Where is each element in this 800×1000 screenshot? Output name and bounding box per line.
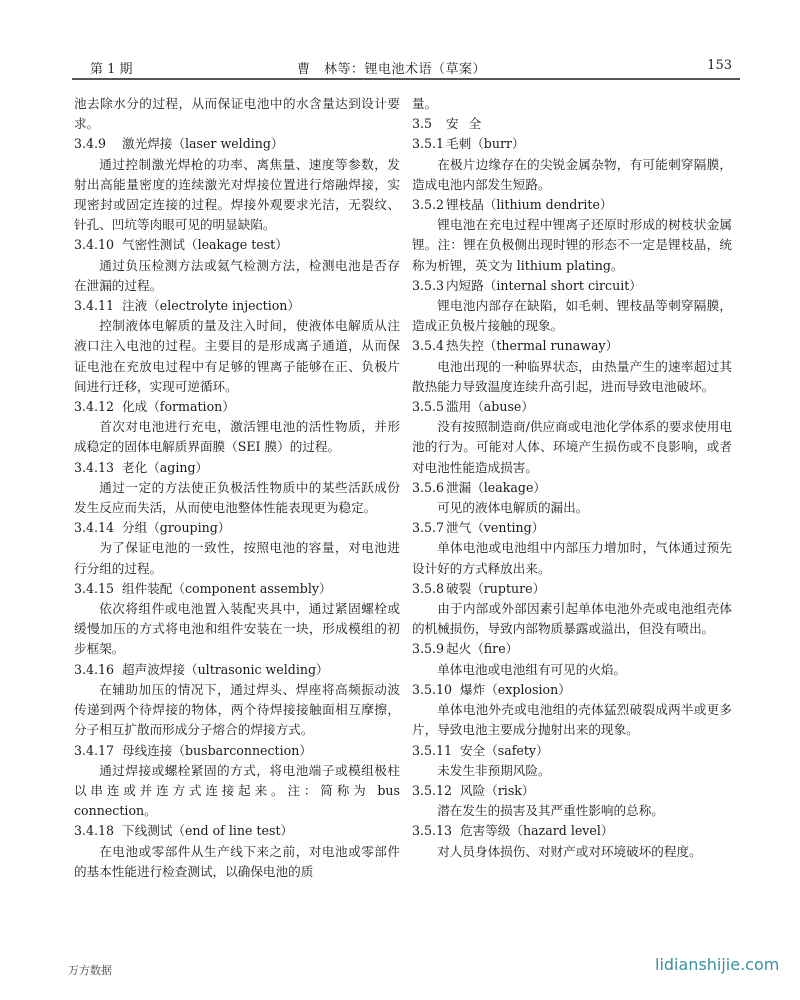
term-number: 3.5.3 bbox=[412, 276, 446, 296]
term-definition: 首次对电池进行充电，激活锂电池的活性物质，并形成稳定的固体电解质界面膜（SEI … bbox=[74, 417, 400, 457]
term-name: 内短路（internal short circuit） bbox=[446, 278, 642, 293]
term-heading: 3.5.1毛刺（burr） bbox=[412, 134, 732, 154]
term-name: 毛刺（burr） bbox=[446, 136, 525, 151]
term-definition: 单体电池或电池组有可见的火焰。 bbox=[412, 660, 732, 680]
term-heading: 3.4.9激光焊接（laser welding） bbox=[74, 134, 400, 154]
term-number: 3.4.10 bbox=[74, 235, 122, 255]
term-name: 爆炸（explosion） bbox=[460, 682, 571, 697]
term-number: 3.5.9 bbox=[412, 639, 446, 659]
term-number: 3.5.1 bbox=[412, 134, 446, 154]
term-number: 3.5.12 bbox=[412, 781, 460, 801]
right-column: 量。 3.5安全 3.5.1毛刺（burr） 在极片边缘存在的尖锐金属杂物，有可… bbox=[412, 94, 732, 862]
term-number: 3.4.17 bbox=[74, 741, 122, 761]
term-number: 3.5.8 bbox=[412, 579, 446, 599]
term-definition: 在电池或零部件从生产线下来之前，对电池或零部件的基本性能进行检查测试，以确保电池… bbox=[74, 842, 400, 882]
term-definition: 对人员身体损伤、对财产或对环境破坏的程度。 bbox=[412, 842, 732, 862]
term-number: 3.4.11 bbox=[74, 296, 122, 316]
source-label: 万方数据 bbox=[68, 962, 112, 978]
term-name: 泄漏（leakage） bbox=[446, 480, 546, 495]
issue-label: 第 1 期 bbox=[90, 58, 133, 77]
term-definition: 没有按照制造商/供应商或电池化学体系的要求使用电池的行为。可能对人体、环境产生损… bbox=[412, 417, 732, 478]
term-definition: 依次将组件或电池置入装配夹具中，通过紧固螺栓或缓慢加压的方式将电池和组件安装在一… bbox=[74, 599, 400, 660]
term-heading: 3.4.16超声波焊接（ultrasonic welding） bbox=[74, 660, 400, 680]
term-number: 3.5.2 bbox=[412, 195, 446, 215]
section-number: 3.5 bbox=[412, 114, 446, 134]
term-heading: 3.5.10爆炸（explosion） bbox=[412, 680, 732, 700]
term-heading: 3.5.4热失控（thermal runaway） bbox=[412, 336, 732, 356]
term-name: 热失控（thermal runaway） bbox=[446, 338, 618, 353]
term-definition: 通过焊接或螺栓紧固的方式，将电池端子或模组极柱以串连或并连方式连接起来。注：简称… bbox=[74, 761, 400, 822]
term-name: 激光焊接（laser welding） bbox=[122, 136, 284, 151]
term-number: 3.4.12 bbox=[74, 397, 122, 417]
term-definition: 未发生非预期风险。 bbox=[412, 761, 732, 781]
term-heading: 3.4.11注液（electrolyte injection） bbox=[74, 296, 400, 316]
term-definition: 为了保证电池的一致性，按照电池的容量，对电池进行分组的过程。 bbox=[74, 538, 400, 578]
term-heading: 3.5.5滥用（abuse） bbox=[412, 397, 732, 417]
term-definition: 通过控制激光焊枪的功率、离焦量、速度等参数，发射出高能量密度的连续激光对焊接位置… bbox=[74, 155, 400, 236]
term-number: 3.4.18 bbox=[74, 821, 122, 841]
term-name: 母线连接（busbarconnection） bbox=[122, 743, 312, 758]
term-number: 3.5.10 bbox=[412, 680, 460, 700]
term-number: 3.4.9 bbox=[74, 134, 122, 154]
term-heading: 3.4.18下线测试（end of line test） bbox=[74, 821, 400, 841]
term-definition: 由于内部或外部因素引起单体电池外壳或电池组壳体的机械损伤，导致内部物质暴露或溢出… bbox=[412, 599, 732, 639]
term-name: 气密性测试（leakage test） bbox=[122, 237, 288, 252]
term-name: 起火（fire） bbox=[446, 641, 518, 656]
term-definition: 单体电池外壳或电池组的壳体猛烈破裂成两半或更多片，导致电池主要成分抛射出来的现象… bbox=[412, 700, 732, 740]
term-number: 3.5.13 bbox=[412, 821, 460, 841]
term-definition: 锂电池在充电过程中锂离子还原时形成的树枝状金属锂。注：锂在负极侧出现时锂的形态不… bbox=[412, 215, 732, 276]
left-column: 池去除水分的过程，从而保证电池中的水含量达到设计要求。 3.4.9激光焊接（la… bbox=[74, 94, 400, 882]
continuation-text: 量。 bbox=[412, 94, 732, 114]
term-heading: 3.5.8破裂（rupture） bbox=[412, 579, 732, 599]
term-name: 化成（formation） bbox=[122, 399, 235, 414]
term-number: 3.5.4 bbox=[412, 336, 446, 356]
term-heading: 3.5.12风险（risk） bbox=[412, 781, 732, 801]
term-name: 超声波焊接（ultrasonic welding） bbox=[122, 662, 329, 677]
term-number: 3.4.15 bbox=[74, 579, 122, 599]
term-heading: 3.5.3内短路（internal short circuit） bbox=[412, 276, 732, 296]
term-heading: 3.4.12化成（formation） bbox=[74, 397, 400, 417]
term-heading: 3.5.6泄漏（leakage） bbox=[412, 478, 732, 498]
header-rule bbox=[72, 78, 740, 80]
term-number: 3.5.11 bbox=[412, 741, 460, 761]
section-heading: 3.5安全 bbox=[412, 114, 732, 134]
term-name: 安全（safety） bbox=[460, 743, 549, 758]
term-heading: 3.5.2锂枝晶（lithium dendrite） bbox=[412, 195, 732, 215]
term-heading: 3.4.17母线连接（busbarconnection） bbox=[74, 741, 400, 761]
term-name: 泄气（venting） bbox=[446, 520, 544, 535]
term-heading: 3.4.14分组（grouping） bbox=[74, 518, 400, 538]
term-name: 滥用（abuse） bbox=[446, 399, 534, 414]
term-heading: 3.5.7泄气（venting） bbox=[412, 518, 732, 538]
term-name: 下线测试（end of line test） bbox=[122, 823, 293, 838]
running-header: 第 1 期 曹 林等：锂电池术语（草案） 153 bbox=[72, 58, 740, 78]
term-name: 锂枝晶（lithium dendrite） bbox=[446, 197, 613, 212]
term-number: 3.5.5 bbox=[412, 397, 446, 417]
term-name: 老化（aging） bbox=[122, 460, 208, 475]
term-name: 组件装配（component assembly） bbox=[122, 581, 332, 596]
term-definition: 锂电池内部存在缺陷，如毛刺、锂枝晶等刺穿隔膜，造成正负极片接触的现象。 bbox=[412, 296, 732, 336]
term-name: 危害等级（hazard level） bbox=[460, 823, 614, 838]
term-heading: 3.4.10气密性测试（leakage test） bbox=[74, 235, 400, 255]
section-title: 安全 bbox=[446, 116, 491, 131]
term-definition: 通过负压检测方法或氦气检测方法，检测电池是否存在泄漏的过程。 bbox=[74, 256, 400, 296]
term-definition: 在辅助加压的情况下，通过焊头、焊座将高频振动波传递到两个待焊接的物体，两个待焊接… bbox=[74, 680, 400, 741]
term-number: 3.4.13 bbox=[74, 458, 122, 478]
term-heading: 3.4.15组件装配（component assembly） bbox=[74, 579, 400, 599]
term-number: 3.4.16 bbox=[74, 660, 122, 680]
page-number: 153 bbox=[707, 58, 732, 73]
term-definition: 在极片边缘存在的尖锐金属杂物，有可能刺穿隔膜，造成电池内部发生短路。 bbox=[412, 155, 732, 195]
term-number: 3.5.7 bbox=[412, 518, 446, 538]
running-title: 曹 林等：锂电池术语（草案） bbox=[297, 58, 486, 77]
term-definition: 单体电池或电池组中内部压力增加时，气体通过预先设计好的方式释放出来。 bbox=[412, 538, 732, 578]
term-definition: 潜在发生的损害及其严重性影响的总称。 bbox=[412, 801, 732, 821]
term-heading: 3.5.11安全（safety） bbox=[412, 741, 732, 761]
term-heading: 3.5.13危害等级（hazard level） bbox=[412, 821, 732, 841]
term-number: 3.5.6 bbox=[412, 478, 446, 498]
term-heading: 3.5.9起火（fire） bbox=[412, 639, 732, 659]
term-definition: 可见的液体电解质的漏出。 bbox=[412, 498, 732, 518]
term-definition: 控制液体电解质的量及注入时间，使液体电解质从注液口注入电池的过程。主要目的是形成… bbox=[74, 316, 400, 397]
continuation-text: 池去除水分的过程，从而保证电池中的水含量达到设计要求。 bbox=[74, 94, 400, 134]
watermark-link[interactable]: lidianshijie.com bbox=[655, 955, 779, 974]
term-number: 3.4.14 bbox=[74, 518, 122, 538]
term-name: 注液（electrolyte injection） bbox=[122, 298, 300, 313]
term-heading: 3.4.13老化（aging） bbox=[74, 458, 400, 478]
term-name: 破裂（rupture） bbox=[446, 581, 545, 596]
term-name: 风险（risk） bbox=[460, 783, 535, 798]
term-definition: 通过一定的方法使正负极活性物质中的某些活跃成份发生反应而失活，从而使电池整体性能… bbox=[74, 478, 400, 518]
term-name: 分组（grouping） bbox=[122, 520, 230, 535]
term-definition: 电池出现的一种临界状态，由热量产生的速率超过其散热能力导致温度连续升高引起，进而… bbox=[412, 357, 732, 397]
